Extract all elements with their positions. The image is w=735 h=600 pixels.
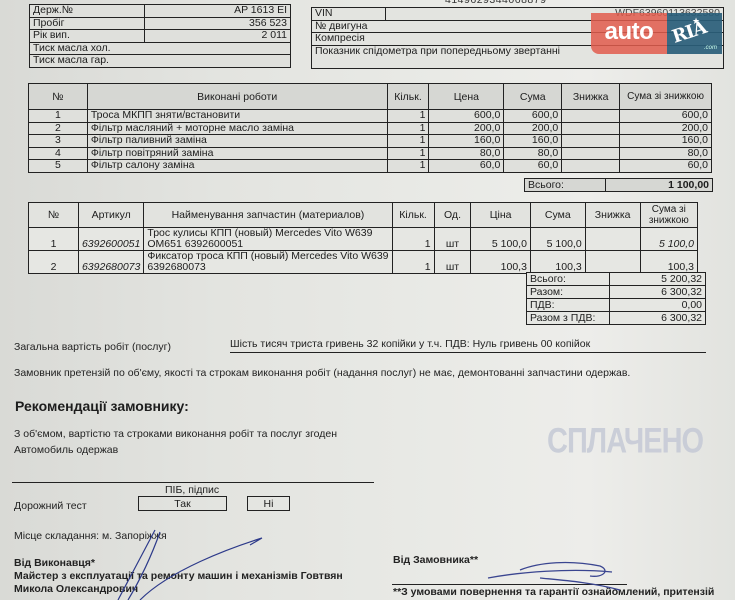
total-label: Разом: [527, 286, 610, 299]
qty: 1 [392, 251, 434, 274]
total-label: ПДВ: [527, 299, 610, 312]
works-total: Всього: 1 100,00 [524, 178, 713, 192]
sum: 60,0 [504, 160, 562, 173]
col-header: Сума [504, 84, 562, 110]
row-number: 4 [29, 147, 88, 160]
agreement-line-2: Автомобиль одержав [14, 444, 118, 456]
recommendations-title: Рекомендації замовнику: [15, 398, 189, 414]
info-row-plate: Держ.№ AP 1613 EI [30, 5, 291, 18]
col-header: Знижка [585, 203, 640, 228]
terms-text: **З умовами повернення та гарантії ознай… [393, 586, 714, 598]
sum-discounted: 60,0 [620, 160, 712, 173]
sum: 5 100,0 [530, 228, 585, 251]
info-row-oil-hot: Тиск масла гар. [30, 55, 291, 68]
article: 6392680073 [78, 251, 143, 274]
sum: 100,3 [530, 251, 585, 274]
sum-discounted: 80,0 [620, 147, 712, 160]
total-label: Всього: [527, 273, 610, 286]
total-value: 1 100,00 [606, 179, 713, 192]
price: 200,0 [429, 122, 504, 135]
claims-text: Замовник претензій по об'єму, якості та … [14, 367, 630, 379]
watermark-ria: ★ RIA .com [667, 13, 722, 54]
table-row: 3 Фільтр паливний заміна 1 160,0 160,0 1… [29, 135, 712, 148]
table-row: 2 6392680073 Фиксатор троса КПП (новый) … [29, 251, 698, 274]
total-row: Всього: 1 100,00 [525, 179, 713, 192]
place-of-issue: Місце складання: м. Запоріжжя [14, 530, 167, 542]
price: 5 100,0 [471, 228, 531, 251]
col-header: Цена [429, 84, 504, 110]
qty: 1 [387, 160, 429, 173]
total-label: Всього: [525, 179, 606, 192]
row-number: 2 [29, 251, 79, 274]
col-header: Од. [434, 203, 471, 228]
total-value: 0,00 [610, 299, 706, 312]
work-name: Фільтр паливний заміна [87, 135, 387, 148]
works-header-row: № Виконані роботи Кільк. Цена Сума Знижк… [29, 84, 712, 110]
info-label: Рік вип. [30, 30, 145, 43]
info-value: 2 011 [144, 30, 290, 43]
master-name: Микола Олександрович [14, 583, 138, 595]
part-name-line2: 6392680073 [147, 262, 388, 273]
col-header: Артикул [78, 203, 143, 228]
table-row: 5 Фільтр салону заміна 1 60,0 60,0 60,0 [29, 160, 712, 173]
col-header: Знижка [562, 84, 620, 110]
road-test-label: Дорожний тест [14, 500, 87, 512]
info-row-mileage: Пробіг 356 523 [30, 17, 291, 30]
work-name: Фільтр салону заміна [87, 160, 387, 173]
works-table: № Виконані роботи Кільк. Цена Сума Знижк… [28, 83, 712, 173]
sum: 200,0 [504, 122, 562, 135]
row-number: 5 [29, 160, 88, 173]
discount [562, 160, 620, 173]
table-row: 2 Фільтр масляний + моторне масло заміна… [29, 122, 712, 135]
master-title: Майстер з експлуатації та ремонту машин … [14, 570, 343, 582]
col-header: № [29, 203, 79, 228]
info-row-oil-cold: Тиск масла хол. [30, 42, 291, 55]
road-test-yes-box: Так [138, 496, 227, 511]
autoria-watermark: auto ★ RIA .com [591, 13, 722, 54]
col-header: Виконані роботи [87, 84, 387, 110]
row-number: 1 [29, 228, 79, 251]
total-label: Разом з ПДВ: [527, 312, 610, 325]
col-header: Ціна [471, 203, 531, 228]
total-value: 5 200,32 [610, 273, 706, 286]
from-customer-label: Від Замовника** [393, 554, 478, 566]
road-test-no-box: Ні [247, 496, 290, 511]
sum: 80,0 [504, 147, 562, 160]
sum-discounted: 100,3 [640, 251, 697, 274]
row-number: 1 [29, 110, 88, 123]
unit: шт [434, 228, 471, 251]
part-name: Трос кулисы КПП (новый) Mercedes Vito W6… [144, 228, 392, 251]
sum-discounted: 160,0 [620, 135, 712, 148]
col-header: Сума зі знижкою [640, 203, 697, 228]
discount [562, 147, 620, 160]
total-cost-label: Загальна вартість робіт (послуг) [14, 341, 171, 353]
price: 160,0 [429, 135, 504, 148]
sum-discounted: 200,0 [620, 122, 712, 135]
info-label: Тиск масла гар. [30, 55, 291, 68]
col-header: Кільк. [392, 203, 434, 228]
table-row: 4 Фільтр повітряний заміна 1 80,0 80,0 8… [29, 147, 712, 160]
info-label: Держ.№ [30, 5, 145, 18]
info-row-year: Рік вип. 2 011 [30, 30, 291, 43]
work-name: Фільтр масляний + моторне масло заміна [87, 122, 387, 135]
col-header: Сума [530, 203, 585, 228]
watermark-ria-text: RIA [670, 17, 709, 48]
col-header: № [29, 84, 88, 110]
qty: 1 [387, 147, 429, 160]
total-value: 6 300,32 [610, 286, 706, 299]
discount [585, 228, 640, 251]
sum-discounted: 600,0 [620, 110, 712, 123]
work-name: Троса МКПП зняти/встановити [87, 110, 387, 123]
qty: 1 [387, 110, 429, 123]
vehicle-info-table: Держ.№ AP 1613 EI Пробіг 356 523 Рік вип… [29, 4, 291, 68]
price: 60,0 [429, 160, 504, 173]
info-label: Тиск масла хол. [30, 42, 291, 55]
total-row: Разом з ПДВ: 6 300,32 [527, 312, 706, 325]
info-value: 356 523 [144, 17, 290, 30]
total-cost-words: Шість тисяч триста гривень 32 копійки у … [230, 338, 706, 353]
discount [585, 251, 640, 274]
total-row: Всього: 5 200,32 [527, 273, 706, 286]
parts-totals: Всього: 5 200,32 Разом: 6 300,32 ПДВ: 0,… [526, 272, 706, 325]
paid-stamp: СПЛАЧЕНО [547, 423, 703, 463]
total-row: Разом: 6 300,32 [527, 286, 706, 299]
total-row: ПДВ: 0,00 [527, 299, 706, 312]
agreement-line-1: З об'ємом, вартістю та строками виконанн… [14, 428, 337, 440]
info-label: VIN [312, 8, 386, 21]
unit: шт [434, 251, 471, 274]
sum: 600,0 [504, 110, 562, 123]
price: 100,3 [471, 251, 531, 274]
total-value: 6 300,32 [610, 312, 706, 325]
signature-caption: ПІБ, підпис [165, 484, 219, 496]
table-row: 1 6392600051 Трос кулисы КПП (новый) Mer… [29, 228, 698, 251]
price: 80,0 [429, 147, 504, 160]
discount [562, 110, 620, 123]
signature-line [12, 482, 374, 483]
col-header: Сума зі знижкою [620, 84, 712, 110]
watermark-auto: auto [591, 13, 667, 54]
article: 6392600051 [78, 228, 143, 251]
work-name: Фільтр повітряний заміна [87, 147, 387, 160]
parts-table: № Артикул Найменування запчастин (матери… [28, 202, 698, 274]
sum: 160,0 [504, 135, 562, 148]
info-label: Пробіг [30, 17, 145, 30]
discount [562, 135, 620, 148]
info-value: AP 1613 EI [144, 5, 290, 18]
col-header: Найменування запчастин (материалов) [144, 203, 392, 228]
part-name-line2: OM651 6392600051 [147, 239, 388, 250]
row-number: 3 [29, 135, 88, 148]
table-row: 1 Троса МКПП зняти/встановити 1 600,0 60… [29, 110, 712, 123]
qty: 1 [392, 228, 434, 251]
part-name: Фиксатор троса КПП (новый) Mercedes Vito… [144, 251, 392, 274]
from-executor-label: Від Виконавця* [14, 557, 95, 569]
customer-signature-line [392, 584, 627, 585]
sum-discounted: 5 100,0 [640, 228, 697, 251]
qty: 1 [387, 122, 429, 135]
price: 600,0 [429, 110, 504, 123]
top-number: 4149629344068879 [445, 0, 546, 6]
row-number: 2 [29, 122, 88, 135]
watermark-com-text: .com [704, 45, 717, 51]
discount [562, 122, 620, 135]
col-header: Кільк. [387, 84, 429, 110]
parts-header-row: № Артикул Найменування запчастин (матери… [29, 203, 698, 228]
qty: 1 [387, 135, 429, 148]
